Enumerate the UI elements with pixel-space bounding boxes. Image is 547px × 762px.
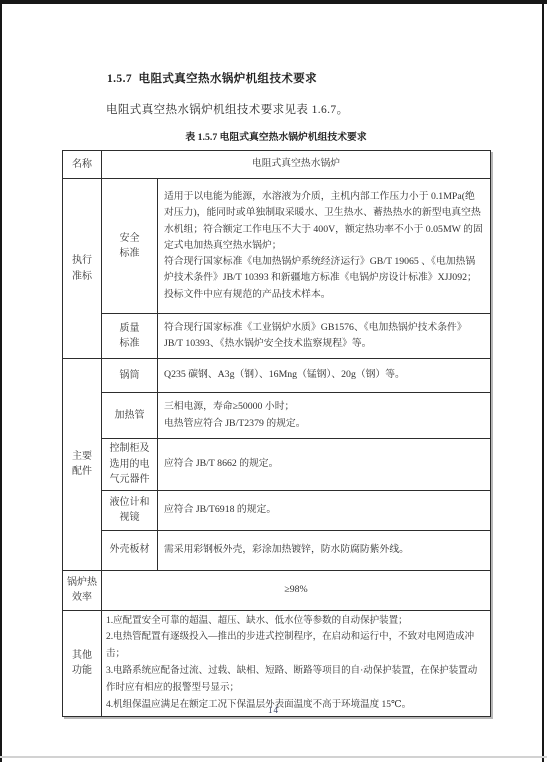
row-shell-plate: 外壳板材 需采用彩钢板外壳，彩涂加热镀锌，防水防腐防紫外线。 bbox=[63, 530, 491, 570]
parts-group-label-cell: 主要 配件 bbox=[63, 359, 102, 571]
level-gauge-label-cell: 液位计和 视镜 bbox=[102, 490, 158, 530]
row-boiler-drum: 主要 配件 锅筒 Q235 碳钢、A3g（钢）、16Mng（锰钢）、20g（钢）… bbox=[63, 359, 491, 393]
row-thermal-efficiency: 锅炉热 效率 ≥98% bbox=[63, 570, 491, 610]
shell-plate-label-cell: 外壳板材 bbox=[102, 530, 158, 570]
page-border-left bbox=[0, 0, 2, 762]
shell-plate-text-cell: 需采用彩钢板外壳，彩涂加热镀锌，防水防腐防紫外线。 bbox=[158, 530, 491, 570]
other-functions-label-cell: 其他 功能 bbox=[63, 610, 102, 716]
page-border-top bbox=[0, 0, 547, 4]
quality-standard-text-cell: 符合现行国家标准《工业锅炉水质》GB1576、《电加热锅炉技术条件》JB/T 1… bbox=[158, 314, 491, 359]
control-cabinet-label-cell: 控制柜及 选用的电 气元器件 bbox=[102, 439, 158, 491]
safety-standard-label-cell: 安全 标准 bbox=[102, 179, 158, 314]
row-safety-standard: 执行 准标 安全 标准 适用于以电能为能源，水溶液为介质，主机内部工作压力小于 … bbox=[63, 179, 491, 314]
quality-standard-label-cell: 质量 标准 bbox=[102, 314, 158, 359]
control-cabinet-text-cell: 应符合 JB/T 8662 的规定。 bbox=[158, 439, 491, 491]
row-control-cabinet: 控制柜及 选用的电 气元器件 应符合 JB/T 8662 的规定。 bbox=[63, 439, 491, 491]
row-level-gauge: 液位计和 视镜 应符合 JB/T6918 的规定。 bbox=[63, 490, 491, 530]
page-border-bottom bbox=[0, 756, 547, 758]
row-quality-standard: 质量 标准 符合现行国家标准《工业锅炉水质》GB1576、《电加热锅炉技术条件》… bbox=[63, 314, 491, 359]
standards-group-label-cell: 执行 准标 bbox=[63, 179, 102, 359]
boiler-name-value-cell: 电阻式真空热水锅炉 bbox=[102, 151, 491, 179]
spec-table: 名称 电阻式真空热水锅炉 执行 准标 安全 标准 适用于以电能为能源，水溶液为介… bbox=[62, 150, 491, 717]
efficiency-value-cell: ≥98% bbox=[102, 570, 491, 610]
drum-text-cell: Q235 碳钢、A3g（钢）、16Mng（锰钢）、20g（钢）等。 bbox=[158, 359, 491, 393]
document-page: 1.5.7 电阻式真空热水锅炉机组技术要求 电阻式真空热水锅炉机组技术要求见表 … bbox=[0, 0, 547, 762]
drum-label-cell: 锅筒 bbox=[102, 359, 158, 393]
row-other-functions: 其他 功能 1.应配置安全可靠的超温、超压、缺水、低水位等参数的自动保护装置； … bbox=[63, 610, 491, 716]
safety-standard-text-cell: 适用于以电能为能源，水溶液为介质，主机内部工作压力小于 0.1MPa(绝对压力)… bbox=[158, 179, 491, 314]
row-heating-tube: 加热管 三相电源，寿命≥50000 小时； 电热管应符合 JB/T2379 的规… bbox=[63, 393, 491, 439]
heating-tube-text-cell: 三相电源，寿命≥50000 小时； 电热管应符合 JB/T2379 的规定。 bbox=[158, 393, 491, 439]
row-name: 名称 电阻式真空热水锅炉 bbox=[63, 151, 491, 179]
level-gauge-text-cell: 应符合 JB/T6918 的规定。 bbox=[158, 490, 491, 530]
name-label-cell: 名称 bbox=[63, 151, 102, 179]
heating-tube-label-cell: 加热管 bbox=[102, 393, 158, 439]
efficiency-label-cell: 锅炉热 效率 bbox=[63, 570, 102, 610]
table-caption: 表 1.5.7 电阻式真空热水锅炉机组技术要求 bbox=[62, 129, 490, 143]
page-number: 14 bbox=[0, 705, 547, 715]
other-functions-text-cell: 1.应配置安全可靠的超温、超压、缺水、低水位等参数的自动保护装置； 2.电热管配… bbox=[102, 610, 491, 716]
page-border-right bbox=[542, 0, 544, 762]
intro-paragraph: 电阻式真空热水锅炉机组技术要求见表 1.6.7。 bbox=[106, 101, 348, 117]
section-heading: 1.5.7 电阻式真空热水锅炉机组技术要求 bbox=[107, 70, 317, 86]
